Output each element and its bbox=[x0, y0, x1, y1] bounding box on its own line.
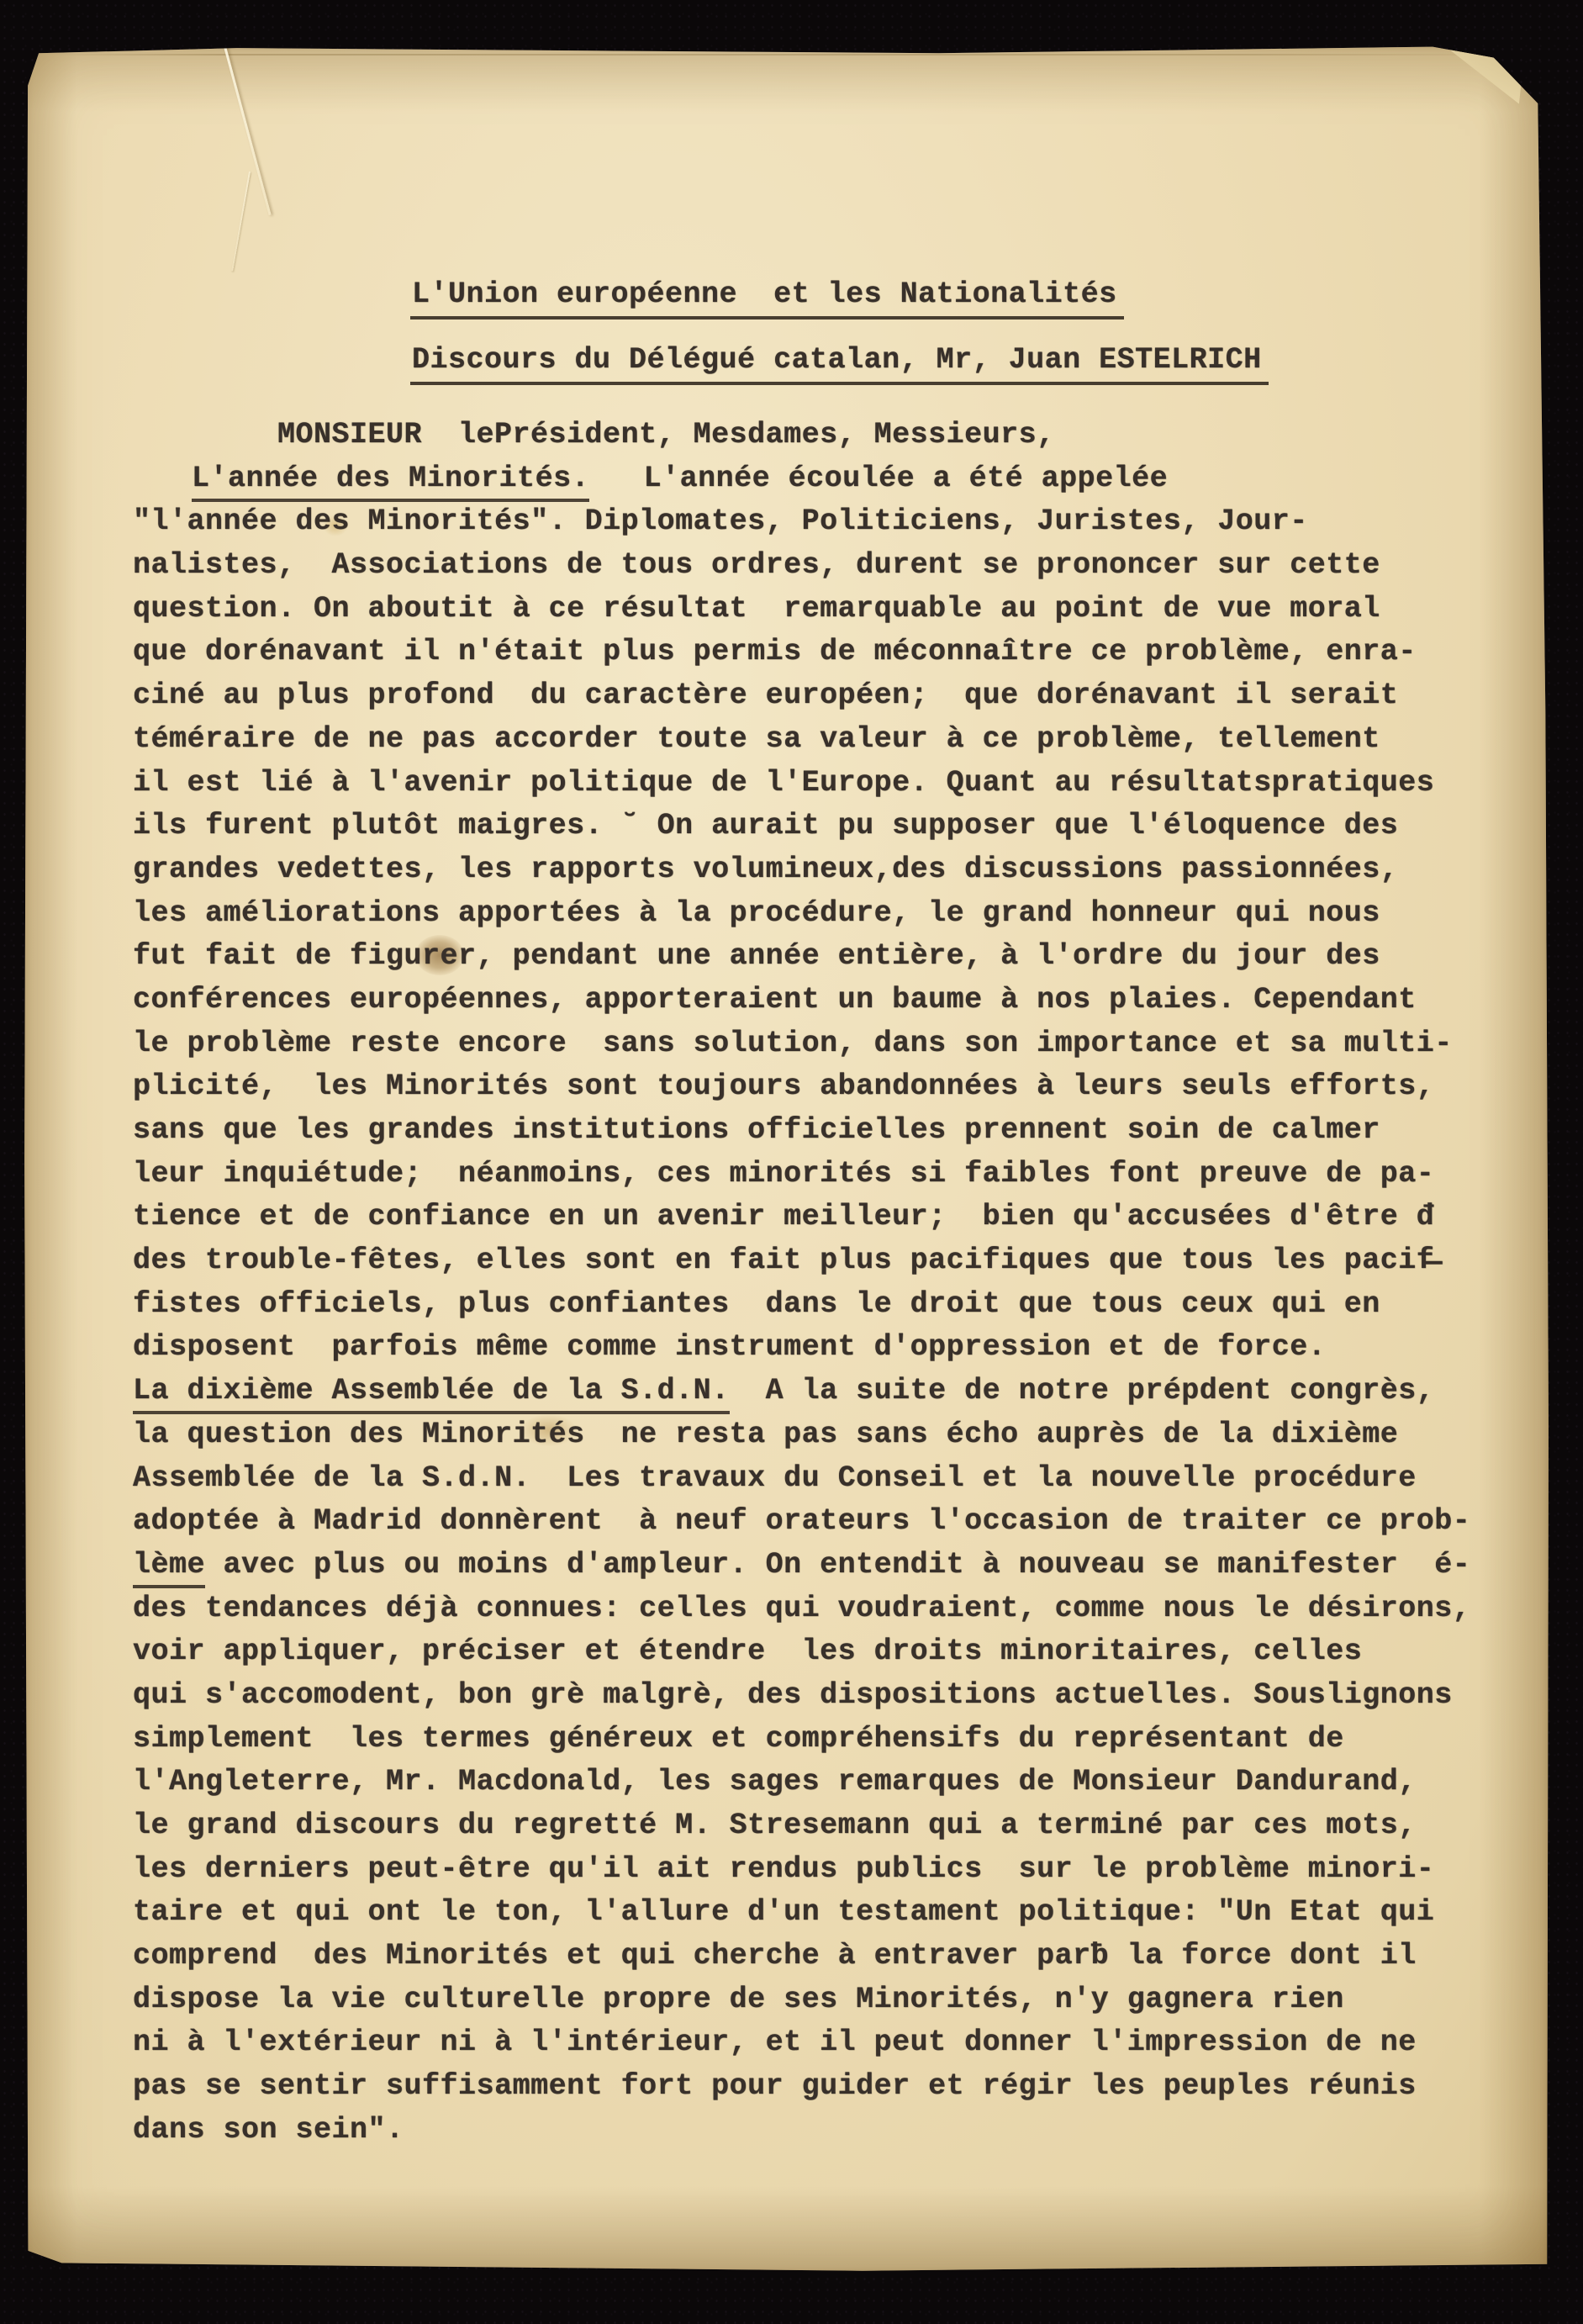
corner-fold bbox=[1443, 45, 1527, 104]
line-text: dans son sein". bbox=[133, 2113, 404, 2147]
line-text: avec plus ou moins d'ampleur. On entendi… bbox=[205, 1548, 1470, 1582]
text-line: grandes vedettes, les rapports volumineu… bbox=[133, 848, 1545, 892]
paragraph-heading-line: L'année des Minorités. L'année écoulée a… bbox=[133, 457, 1545, 501]
document-title-text: L'Union européenne et les Nationalités bbox=[410, 277, 1124, 320]
text-line: qui s'accomodent, bon grè malgrè, des di… bbox=[133, 1674, 1545, 1718]
text-line: disposent parfois même comme instrument … bbox=[133, 1326, 1545, 1370]
line-text: des tendances déjà connues: celles qui v… bbox=[133, 1592, 1470, 1625]
document-page: L'Union européenne et les Nationalités D… bbox=[24, 45, 1549, 2275]
text-line: dans son sein". bbox=[133, 2109, 1545, 2152]
text-line: des tendances déjà connues: celles qui v… bbox=[133, 1587, 1545, 1631]
document-subtitle: Discours du Délégué catalan, Mr, Juan ES… bbox=[410, 340, 1269, 380]
underlined-heading: lème bbox=[133, 1548, 205, 1588]
line-text: question. On aboutit à ce résultat remar… bbox=[133, 592, 1380, 626]
line-text: plicité, les Minorités sont toujours aba… bbox=[133, 1070, 1434, 1103]
photo-background: L'Union européenne et les Nationalités D… bbox=[0, 0, 1583, 2324]
line-text: la question des Minorités ne resta pas s… bbox=[133, 1418, 1398, 1451]
text-line: les améliorations apportées à la procédu… bbox=[133, 892, 1545, 936]
paragraph-heading-line: lème avec plus ou moins d'ampleur. On en… bbox=[133, 1544, 1545, 1587]
text-line: plicité, les Minorités sont toujours aba… bbox=[133, 1065, 1545, 1109]
text-line: que dorénavant il n'était plus permis de… bbox=[133, 631, 1545, 674]
line-text: le grand discours du regretté M. Stresem… bbox=[133, 1809, 1417, 1842]
line-text: les améliorations apportées à la procédu… bbox=[133, 896, 1380, 930]
underlined-heading: L'année des Minorités. bbox=[192, 462, 589, 502]
text-line: adoptée à Madrid donnèrent à neuf orateu… bbox=[133, 1500, 1545, 1544]
text-line: fistes officiels, plus confiantes dans l… bbox=[133, 1283, 1545, 1327]
line-text: Assemblée de la S.d.N. Les travaux du Co… bbox=[133, 1461, 1417, 1495]
line-text: téméraire de ne pas accorder toute sa va… bbox=[133, 722, 1380, 756]
line-text: nalistes, Associations de tous ordres, d… bbox=[133, 548, 1380, 582]
text-line: les derniers peut-être qu'il ait rendus … bbox=[133, 1848, 1545, 1892]
text-line: fut fait de figurer, pendant une année e… bbox=[133, 935, 1545, 979]
text-line: il est lié à l'avenir politique de l'Eur… bbox=[133, 762, 1545, 805]
line-text: leur inquiétude; néanmoins, ces minorité… bbox=[133, 1157, 1434, 1191]
line-text: adoptée à Madrid donnèrent à neuf orateu… bbox=[133, 1504, 1470, 1538]
line-text: ciné au plus profond du caractère europé… bbox=[133, 679, 1398, 712]
text-line: tience et de confiance en un avenir meil… bbox=[133, 1196, 1545, 1239]
paper-tear-branch bbox=[231, 172, 251, 272]
text-line: le problème reste encore sans solution, … bbox=[133, 1022, 1545, 1066]
text-line: ciné au plus profond du caractère europé… bbox=[133, 674, 1545, 718]
line-text: les derniers peut-être qu'il ait rendus … bbox=[133, 1852, 1434, 1886]
line-text: sans que les grandes institutions offici… bbox=[133, 1113, 1380, 1147]
text-line: comprend des Minorités et qui cherche à … bbox=[133, 1935, 1545, 1978]
document-body: MONSIEUR lePrésident, Mesdames, Messieur… bbox=[133, 414, 1545, 2152]
line-text: ils furent plutôt maigres. ˘ On aurait p… bbox=[133, 809, 1398, 842]
line-text: fut fait de figurer, pendant une année e… bbox=[133, 939, 1380, 973]
underlined-heading: La dixième Assemblée de la S.d.N. bbox=[133, 1374, 730, 1414]
line-text: des trouble-fêtes, elles sont en fait pl… bbox=[133, 1244, 1434, 1277]
line-text: taire et qui ont le ton, l'allure d'un t… bbox=[133, 1895, 1434, 1929]
line-text: l'Angleterre, Mr. Macdonald, les sages r… bbox=[133, 1765, 1417, 1798]
line-text: simplement les termes généreux et compré… bbox=[133, 1722, 1344, 1756]
line-text: "l'année des Minorités". Diplomates, Pol… bbox=[133, 504, 1308, 538]
line-text: MONSIEUR lePrésident, Mesdames, Messieur… bbox=[277, 418, 1055, 452]
line-text: le problème reste encore sans solution, … bbox=[133, 1027, 1453, 1060]
typewritten-text-column: L'Union européenne et les Nationalités D… bbox=[133, 274, 1545, 2152]
line-text: que dorénavant il n'était plus permis de… bbox=[133, 635, 1417, 668]
text-line: taire et qui ont le ton, l'allure d'un t… bbox=[133, 1891, 1545, 1935]
text-line: simplement les termes généreux et compré… bbox=[133, 1718, 1545, 1761]
text-line: l'Angleterre, Mr. Macdonald, les sages r… bbox=[133, 1761, 1545, 1804]
line-text: ni à l'extérieur ni à l'intérieur, et il… bbox=[133, 2026, 1417, 2059]
document-title: L'Union européenne et les Nationalités bbox=[410, 274, 1124, 314]
text-line: le grand discours du regretté M. Stresem… bbox=[133, 1804, 1545, 1848]
text-line: voir appliquer, préciser et étendre les … bbox=[133, 1630, 1545, 1674]
line-text: grandes vedettes, les rapports volumineu… bbox=[133, 853, 1398, 886]
text-line: conférences européennes, apporteraient u… bbox=[133, 979, 1545, 1022]
text-line: ils furent plutôt maigres. ˘ On aurait p… bbox=[133, 805, 1545, 848]
line-text: disposent parfois même comme instrument … bbox=[133, 1330, 1326, 1364]
text-line: "l'année des Minorités". Diplomates, Pol… bbox=[133, 500, 1545, 544]
text-line: dispose la vie culturelle propre de ses … bbox=[133, 1978, 1545, 2022]
text-line: question. On aboutit à ce résultat remar… bbox=[133, 588, 1545, 631]
text-line: leur inquiétude; néanmoins, ces minorité… bbox=[133, 1153, 1545, 1196]
line-text: dispose la vie culturelle propre de ses … bbox=[133, 1983, 1344, 2016]
text-line: la question des Minorités ne resta pas s… bbox=[133, 1413, 1545, 1457]
line-text: tience et de confiance en un avenir meil… bbox=[133, 1200, 1434, 1233]
line-text: il est lié à l'avenir politique de l'Eur… bbox=[133, 766, 1434, 800]
line-text: A la suite de notre prépdent congrès, bbox=[730, 1374, 1435, 1408]
text-line: sans que les grandes institutions offici… bbox=[133, 1109, 1545, 1153]
line-text: voir appliquer, préciser et étendre les … bbox=[133, 1635, 1362, 1668]
line-text: fistes officiels, plus confiantes dans l… bbox=[133, 1287, 1380, 1321]
paper-crease bbox=[46, 54, 1510, 55]
paragraph-heading-line: La dixième Assemblée de la S.d.N. A la s… bbox=[133, 1370, 1545, 1413]
line-text: qui s'accomodent, bon grè malgrè, des di… bbox=[133, 1678, 1453, 1712]
text-line: pas se sentir suffisamment fort pour gui… bbox=[133, 2065, 1545, 2109]
line-text: conférences européennes, apporteraient u… bbox=[133, 983, 1417, 1017]
text-line: nalistes, Associations de tous ordres, d… bbox=[133, 544, 1545, 588]
line-text: L'année écoulée a été appelée bbox=[589, 462, 1168, 495]
line-text: comprend des Minorités et qui cherche à … bbox=[133, 1939, 1417, 1973]
document-subtitle-text: Discours du Délégué catalan, Mr, Juan ES… bbox=[410, 343, 1269, 385]
text-line: des trouble-fêtes, elles sont en fait pl… bbox=[133, 1239, 1545, 1283]
text-line: Assemblée de la S.d.N. Les travaux du Co… bbox=[133, 1457, 1545, 1501]
text-line: téméraire de ne pas accorder toute sa va… bbox=[133, 718, 1545, 762]
text-line: MONSIEUR lePrésident, Mesdames, Messieur… bbox=[133, 414, 1545, 457]
text-line: ni à l'extérieur ni à l'intérieur, et il… bbox=[133, 2021, 1545, 2065]
line-text: pas se sentir suffisamment fort pour gui… bbox=[133, 2069, 1417, 2103]
